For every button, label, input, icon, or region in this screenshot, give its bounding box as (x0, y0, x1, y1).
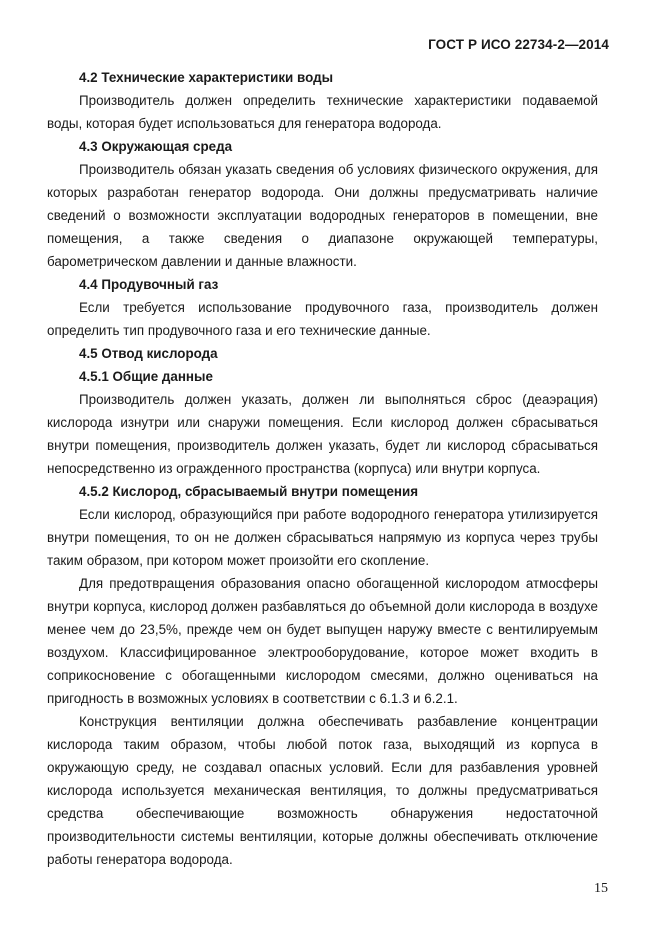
paragraph: Если кислород, образующийся при работе в… (47, 503, 598, 572)
paragraph: Производитель должен указать, должен ли … (47, 388, 598, 480)
section-heading-4-5-1: 4.5.1 Общие данные (47, 365, 598, 388)
standard-id-header: ГОСТ Р ИСО 22734-2—2014 (428, 37, 609, 52)
paragraph: Производитель обязан указать сведения об… (47, 158, 598, 273)
section-heading-4-3: 4.3 Окружающая среда (47, 135, 598, 158)
page-number: 15 (594, 881, 608, 897)
paragraph: Если требуется использование продувочног… (47, 296, 598, 342)
paragraph: Для предотвращения образования опасно об… (47, 572, 598, 710)
paragraph: Производитель должен определить техничес… (47, 89, 598, 135)
paragraph: Конструкция вентиляции должна обеспечива… (47, 710, 598, 871)
section-heading-4-2: 4.2 Технические характеристики воды (47, 66, 598, 89)
section-heading-4-5: 4.5 Отвод кислорода (47, 342, 598, 365)
section-heading-4-5-2: 4.5.2 Кислород, сбрасываемый внутри поме… (47, 480, 598, 503)
section-heading-4-4: 4.4 Продувочный газ (47, 273, 598, 296)
document-body: 4.2 Технические характеристики воды Прои… (47, 66, 598, 871)
document-page: ГОСТ Р ИСО 22734-2—2014 4.2 Технические … (0, 0, 661, 936)
